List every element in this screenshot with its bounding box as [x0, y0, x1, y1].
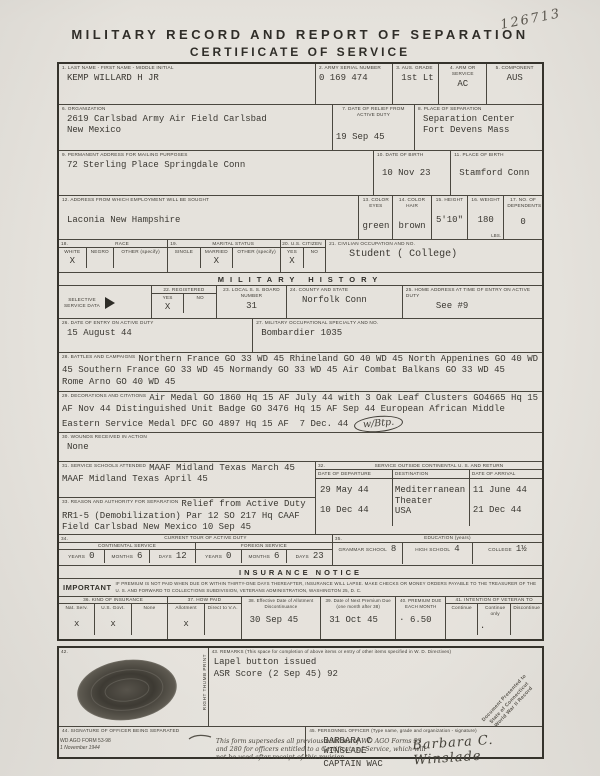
intention-mark: · [480, 623, 511, 633]
registered-no-cell: NO [183, 294, 216, 313]
nat-serv-mark: x [59, 619, 94, 629]
destination-column: DESTINATION Mediterranean Theater USA [392, 470, 469, 526]
registered-yes-cell: YES X [152, 294, 184, 313]
field-41-intention-of-veteran: 41. INTENTION OF VETERAN TO Continue Con… [445, 597, 542, 639]
us-govt-mark: x [95, 619, 130, 629]
field-35-education: 35. EDUCATION (years) GRAMMAR SCHOOL8 HI… [332, 535, 542, 565]
field-24-county-state: 24. COUNTY AND STATE Norfolk Conn [286, 286, 402, 318]
field-29-decorations-citations: 29. DECORATIONS AND CITATIONSAir Medal G… [59, 392, 542, 432]
row-selective-service: SELECTIVE SERVICE DATA 22. REGISTERED YE… [59, 285, 542, 318]
departure-column: DATE OF DEPARTURE 29 May 44 10 Dec 44 [316, 470, 392, 526]
field-37-how-paid: 37. HOW PAID Allotmentx Direct to V.A. [167, 597, 240, 639]
field-10-date-of-birth: 10. DATE OF BIRTH 10 Nov 23 [373, 151, 450, 195]
military-history-banner: MILITARY HISTORY [59, 272, 542, 285]
handwritten-annotation: w/Btp. [353, 413, 403, 433]
citizen-yes-mark: X [281, 256, 302, 266]
field-18-race: 18. RACE WHITE X NEGRO OTHER (specify) [59, 240, 167, 272]
field-21-civilian-occupation: 21. CIVILIAN OCCUPATION AND NO. Student … [325, 240, 542, 272]
field-11-place-of-birth: 11. PLACE OF BIRTH Stamford Conn [450, 151, 542, 195]
row-permanent-address: 9. PERMANENT ADDRESS FOR MAILING PURPOSE… [59, 150, 542, 195]
race-white-cell: WHITE X [59, 248, 86, 268]
continental-years: YEARS0 [59, 550, 104, 563]
field-13-color-eyes: 13. COLOR EYES green [358, 196, 392, 239]
field-39-next-premium-due: 39. Date of Next Premium Due (one month … [320, 597, 395, 639]
row-battles: 28. BATTLES AND CAMPAIGNSNorthern France… [59, 352, 542, 391]
field-26-date-entry-active-duty: 26. DATE OF ENTRY ON ACTIVE DUTY 15 Augu… [59, 319, 252, 352]
arrival-1: 11 June 44 [473, 485, 542, 496]
intention-continue-only-cell: Continue only· [477, 604, 511, 635]
foreign-years: YEARS0 [195, 550, 241, 563]
remarks-line-1: Lapel button issued [214, 657, 539, 668]
field-5-component: 5. COMPONENT AUS [486, 64, 542, 104]
field-38-allotment-discontinuance: 38. Effective Date of Allotment Disconti… [241, 597, 321, 639]
field-3-grade: 3. AUS. GRADE 1st Lt [392, 64, 438, 104]
form-number: WD AGO FORM 53-98 [60, 738, 111, 745]
row-identity: 1. LAST NAME - FIRST NAME - MIDDLE INITI… [59, 64, 542, 104]
document-subtitle: CERTIFICATE OF SERVICE [0, 45, 600, 59]
citizen-yes-cell: YES X [281, 248, 302, 268]
field-27-mos: 27. MILITARY OCCUPATIONAL SPECIALTY AND … [252, 319, 542, 352]
departure-1: 29 May 44 [320, 485, 392, 496]
insurance-nat-serv-cell: Nat. Serv.x [59, 604, 94, 635]
field-36-kind-of-insurance: 36. KIND OF INSURANCE Nat. Serv.x U.S. G… [59, 597, 167, 639]
field-31-service-schools: 31. SERVICE SCHOOLS ATTENDEDMAAF Midland… [59, 462, 315, 498]
marital-married-mark: X [201, 256, 232, 266]
destination-1: Mediterranean Theater [395, 485, 469, 507]
important-word: IMPORTANT [59, 579, 116, 596]
intention-discontinue-cell: Discontinue [510, 604, 542, 635]
intention-continue-cell: Continue [446, 604, 477, 635]
continental-months: MONTHS6 [104, 550, 150, 563]
field-12-employment-address: 12. ADDRESS FROM WHICH EMPLOYMENT WILL B… [59, 196, 358, 239]
field-8-place-of-separation: 8. PLACE OF SEPARATION Separation Center… [414, 105, 542, 150]
field-4-arm-service: 4. ARM OR SERVICE AC [438, 64, 486, 104]
connecticut-stamp: Document Presented to State of Connectic… [480, 673, 537, 732]
remarks-line-2: ASR Score (2 Sep 45) 92 [214, 669, 539, 680]
continental-days: DAYS12 [149, 550, 195, 563]
form-footer: WD AGO FORM 53-98 1 November 1944 This f… [60, 738, 426, 762]
right-arrow-icon [105, 297, 115, 309]
arrival-2: 21 Dec 44 [473, 505, 542, 516]
thumbprint-image [69, 656, 189, 722]
field-20-us-citizen: 20. U.S. CITIZEN YES X NO [280, 240, 325, 272]
arrival-column: DATE OF ARRIVAL 11 June 44 21 Dec 44 [469, 470, 542, 526]
name-value: KEMP WILLARD H JR [67, 73, 312, 84]
foreign-months: MONTHS6 [241, 550, 287, 563]
row-insurance-important: IMPORTANT IF PREMIUM IS NOT PAID WHEN DU… [59, 578, 542, 596]
citizen-no-cell: NO [303, 248, 325, 268]
foreign-days: DAYS23 [286, 550, 332, 563]
row-wounds: 30. WOUNDS RECEIVED IN ACTION None [59, 432, 542, 461]
separation-form: 1. LAST NAME - FIRST NAME - MIDDLE INITI… [57, 62, 544, 641]
field-32-service-outside-us: 32. SERVICE OUTSIDE CONTINENTAL U. S. AN… [315, 462, 542, 534]
field-33-reason-authority: 33. REASON AND AUTHORITY FOR SEPARATIONR… [59, 498, 315, 534]
education-grammar: GRAMMAR SCHOOL8 [333, 543, 402, 564]
row-race-marital: 18. RACE WHITE X NEGRO OTHER (specify) [59, 239, 542, 272]
row-entry-mos: 26. DATE OF ENTRY ON ACTIVE DUTY 15 Augu… [59, 318, 542, 352]
insurance-us-govt-cell: U.S. Govt.x [94, 604, 130, 635]
allotment-cell: Allotmentx [168, 604, 204, 635]
field-28-battles-campaigns: 28. BATTLES AND CAMPAIGNSNorthern France… [59, 353, 542, 391]
field-42-thumbprint: 42. RIGHT THUMB PRINT [59, 648, 209, 726]
education-high-school: HIGH SCHOOL4 [402, 543, 472, 564]
marital-married-cell: MARRIED X [200, 248, 232, 268]
field-9-permanent-address: 9. PERMANENT ADDRESS FOR MAILING PURPOSE… [59, 151, 373, 195]
important-text: IF PREMIUM IS NOT PAID WHEN DUE OR WITHI… [116, 579, 542, 596]
field-30-wounds: 30. WOUNDS RECEIVED IN ACTION None [59, 433, 542, 461]
field-34-current-tour: 34. CURRENT TOUR OF ACTIVE DUTY CONTINEN… [59, 535, 332, 565]
personnel-officer-signature: Barbara C. Winslade [411, 729, 540, 774]
field-17-dependents: 17. NO. OF DEPENDENTS 0 [503, 196, 542, 239]
departure-2: 10 Dec 44 [320, 505, 392, 516]
field-16-weight: 16. WEIGHT 180 LBS. [467, 196, 503, 239]
education-college: COLLEGE1½ [472, 543, 542, 564]
document-title: MILITARY RECORD AND REPORT OF SEPARATION [0, 27, 600, 42]
field-1-name: 1. LAST NAME - FIRST NAME - MIDDLE INITI… [59, 64, 315, 104]
registered-yes-mark: X [152, 302, 184, 312]
weight-unit-label: LBS. [491, 233, 501, 238]
field-43-remarks: 43. REMARKS (This space for completion o… [209, 648, 542, 726]
field-15-height: 15. HEIGHT 5'10" [431, 196, 467, 239]
form-date: 1 November 1944 [60, 745, 111, 752]
destination-2: USA [395, 506, 469, 517]
insurance-none-cell: None [131, 604, 167, 635]
race-other-cell: OTHER (specify) [113, 248, 167, 268]
insurance-notice-banner: INSURANCE NOTICE [59, 565, 542, 578]
scanned-document-page: 126713 MILITARY RECORD AND REPORT OF SEP… [0, 0, 600, 776]
direct-to-va-cell: Direct to V.A. [204, 604, 241, 635]
field-22-registered: 22. REGISTERED YES X NO [151, 286, 216, 318]
selective-service-block: SELECTIVE SERVICE DATA [59, 286, 151, 318]
row-tour-education: 34. CURRENT TOUR OF ACTIVE DUTY CONTINEN… [59, 534, 542, 565]
row-organization: 6. ORGANIZATION 2619 Carlsbad Army Air F… [59, 104, 542, 150]
field-2-serial-number: 2. ARMY SERIAL NUMBER 0 169 474 [315, 64, 392, 104]
supersession-note: This form supersedes all previous editio… [216, 738, 426, 762]
field-19-marital-status: 19. MARITAL STATUS SINGLE MARRIED X OTHE… [167, 240, 280, 272]
row-employment-address: 12. ADDRESS FROM WHICH EMPLOYMENT WILL B… [59, 195, 542, 239]
row-insurance-table: 36. KIND OF INSURANCE Nat. Serv.x U.S. G… [59, 596, 542, 639]
right-thumb-print-label: RIGHT THUMB PRINT [202, 654, 207, 710]
field-25-home-address-entry: 25. HOME ADDRESS AT TIME OF ENTRY ON ACT… [402, 286, 542, 318]
field-6-organization: 6. ORGANIZATION 2619 Carlsbad Army Air F… [59, 105, 332, 150]
field-23-local-board: 23. LOCAL S. S. BOARD NUMBER 31 [216, 286, 286, 318]
allotment-mark: x [168, 619, 204, 629]
row-schools-overseas: 31. SERVICE SCHOOLS ATTENDEDMAAF Midland… [59, 461, 542, 534]
race-white-mark: X [59, 256, 86, 266]
field-40-premium-due: 40. PREMIUM DUE EACH MONTH · 6.50 [395, 597, 445, 639]
marital-single-cell: SINGLE [168, 248, 199, 268]
marital-other-cell: OTHER (specify) [232, 248, 280, 268]
field-7-date-of-relief: 7. DATE OF RELIEF FROM ACTIVE DUTY 19 Se… [332, 105, 414, 150]
race-negro-cell: NEGRO [86, 248, 114, 268]
field-14-color-hair: 14. COLOR HAIR brown [392, 196, 431, 239]
row-decorations: 29. DECORATIONS AND CITATIONSAir Medal G… [59, 391, 542, 432]
